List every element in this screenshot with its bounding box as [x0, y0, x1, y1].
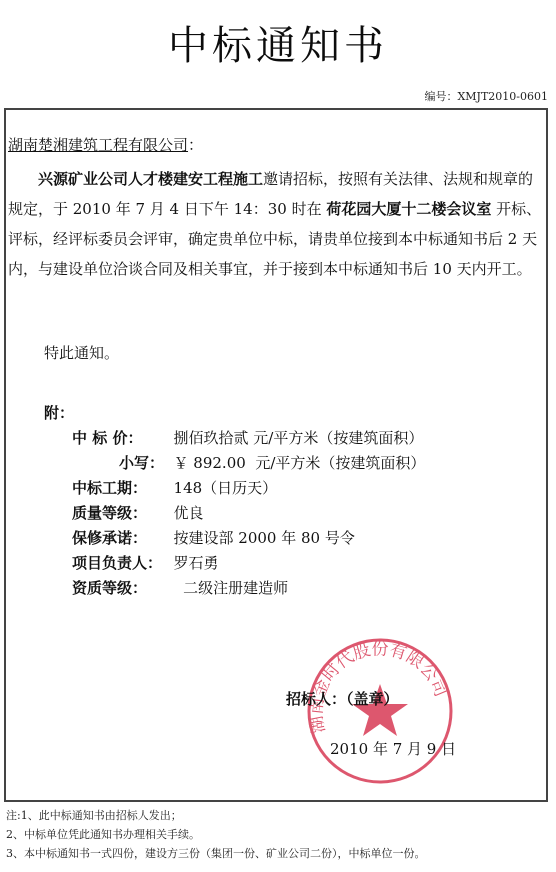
document-number: 编号：XMJT2010-0601: [424, 88, 548, 104]
company-seal-icon: 湖南金时代股份有限公司: [305, 636, 455, 786]
footnote-1: 注:1、此中标通知书由招标人发出；: [6, 806, 426, 825]
row-label: 资质等级：: [72, 576, 164, 601]
row-warranty: 保修承诺： 按建设部 2000 年 80 号令: [72, 526, 425, 551]
addressee-name: 湖南楚湘建筑工程有限公司: [8, 136, 188, 154]
venue: 荷花园大厦十二楼会议室: [326, 200, 491, 218]
document-title: 中标通知书: [0, 14, 556, 71]
project-name: 兴源矿业公司人才楼建安工程施工: [38, 170, 263, 188]
row-qualification: 资质等级： 二级注册建造师: [72, 576, 425, 601]
sign-date: 2010 年 7 月 9 日: [330, 738, 456, 759]
row-label: 保修承诺：: [72, 526, 164, 551]
row-value: 罗石勇: [164, 551, 219, 576]
attachment-label: 附：: [44, 402, 74, 423]
row-value: 按建设部 2000 年 80 号令: [164, 526, 355, 551]
row-bid-price: 中 标 价： 捌佰玖拾贰 元/平方米（按建筑面积）: [72, 426, 425, 451]
signer-label: 招标人：（盖章）: [286, 688, 399, 709]
row-quality: 质量等级： 优良: [72, 501, 425, 526]
row-value: 二级注册建造师: [164, 576, 288, 601]
row-label: 中 标 价：: [72, 426, 164, 451]
row-value: 优良: [164, 501, 204, 526]
row-value: 148（日历天）: [164, 476, 277, 501]
row-project-lead: 项目负责人： 罗石勇: [72, 551, 425, 576]
addressee: 湖南楚湘建筑工程有限公司：: [8, 134, 203, 155]
row-label: 质量等级：: [72, 501, 164, 526]
row-label: 小写：: [72, 451, 164, 476]
addressee-colon: ：: [188, 136, 203, 154]
body-paragraph: 兴源矿业公司人才楼建安工程施工邀请招标，按照有关法律、法规和规章的规定，于 20…: [8, 164, 548, 284]
footnotes: 注:1、此中标通知书由招标人发出； 2、中标单位凭此通知书办理相关手续。 3、本…: [6, 806, 426, 863]
row-value: ￥ 892.00 元/平方米（按建筑面积）: [164, 451, 425, 476]
footnote-3: 3、本中标通知书一式四份，建设方三份（集团一份、矿业公司二份），中标单位一份。: [6, 844, 426, 863]
row-bid-price-numeric: 小写： ￥ 892.00 元/平方米（按建筑面积）: [72, 451, 425, 476]
notice-closing: 特此通知。: [44, 342, 119, 363]
row-label: 中标工期：: [72, 476, 164, 501]
row-value: 捌佰玖拾贰 元/平方米（按建筑面积）: [164, 426, 423, 451]
row-label: 项目负责人：: [72, 551, 164, 576]
footnote-2: 2、中标单位凭此通知书办理相关手续。: [6, 825, 426, 844]
attachment-list: 中 标 价： 捌佰玖拾贰 元/平方米（按建筑面积） 小写： ￥ 892.00 元…: [72, 426, 425, 601]
row-duration: 中标工期： 148（日历天）: [72, 476, 425, 501]
